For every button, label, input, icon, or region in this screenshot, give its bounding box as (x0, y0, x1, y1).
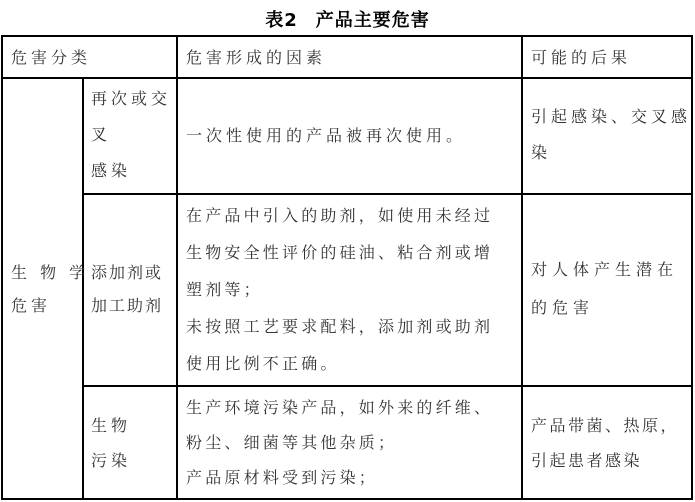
header-consequences: 可能的后果 (531, 37, 691, 77)
row-2-factors: 在产品中引入的助剂，如使用未经过 生物安全性评价的硅油、粘合剂或增 塑剂等； 未… (186, 193, 521, 385)
table-number: 表2 (265, 10, 298, 31)
row-1-subcategory: 再次或交 叉 感染 (91, 77, 176, 193)
header-category: 危害分类 (11, 37, 176, 77)
column-divider-1 (82, 77, 84, 500)
column-divider-2 (176, 37, 178, 500)
table-title: 产品主要危害 (316, 10, 430, 31)
hazards-table: 危害分类 危害形成的因素 可能的后果 生 物 学 危害 再次或交 叉 感染 一次… (1, 35, 693, 500)
header-factors: 危害形成的因素 (186, 37, 521, 77)
row-3-subcategory: 生物 污染 (91, 385, 176, 500)
row-3-factors: 生产环境污染产品，如外来的纤维、 粉尘、细菌等其他杂质； 产品原材料受到污染； (186, 385, 521, 500)
row-1-consequences: 引起感染、交叉感 染 (531, 77, 691, 193)
row-1-factors: 一次性使用的产品被再次使用。 (186, 77, 521, 193)
row-2-consequences: 对人体产生潜在 的危害 (531, 193, 691, 385)
row-3-consequences: 产品带菌、热原， 引起患者感染 (531, 385, 691, 500)
row-2-subcategory: 添加剂或 加工助剂 (91, 193, 176, 385)
group-biological-hazard: 生 物 学 危害 (11, 77, 82, 500)
column-divider-3 (521, 37, 523, 500)
table-caption: 表2产品主要危害 (0, 6, 695, 32)
